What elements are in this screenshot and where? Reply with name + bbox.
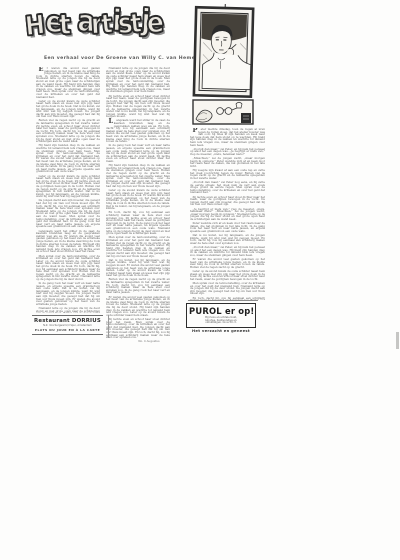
article-title: Het artistje (26, 5, 163, 41)
purol-ad-slogan: Het verzacht en geneest (186, 329, 256, 333)
article-column-2: Niemand lette op de jongen die bij de de… (106, 67, 170, 340)
paragraph: Er waren die avond veel gasten gekomen o… (190, 258, 265, 268)
paragraph: Later op de avond kwam de oude schilder … (36, 175, 100, 198)
paragraph: Hij hield zijn handen diep in de zakken … (106, 164, 170, 187)
drop-cap: P (190, 128, 197, 133)
paragraph: In de gang rook het naar verf en naar na… (36, 282, 100, 305)
paragraph: „Vooruit dan maar,” zei Peter, en hij na… (190, 246, 265, 256)
purol-ad-body: Bij ruwe en schrale huid,kloofjes, huidw… (189, 317, 253, 326)
paragraph: Peter wendde zich af en keek door het ra… (190, 222, 265, 232)
paragraph: Peter merkte dinsdag, toen de regen al u… (190, 128, 265, 146)
paragraph: „Je begrijpt er niets van,” riep de mees… (190, 208, 265, 221)
dorrius-ad-tagline: PLATS DU JOUR EN À LA CARTE (32, 328, 103, 332)
column3-separator-rule (188, 300, 258, 301)
paragraph: Zij lachte even en schoof haar stoel dic… (190, 196, 265, 206)
portrait-drawing (190, 3, 258, 126)
dorrius-restaurant-ad: Restaurant DORRIUS N.Z. Voorburgwal b/d … (32, 315, 103, 335)
purol-ad-box: PUROL er op! Bij ruwe en schrale huid,kl… (186, 303, 256, 328)
paragraph: Dat is nu kunst, zei hij langzaam, en de… (190, 234, 265, 244)
paragraph: Zij lachte even en schoof haar stoel dic… (106, 318, 170, 339)
newspaper-page: Het artistje Een verhaal voor De Groene … (0, 0, 400, 560)
paragraph: Later op de avond kwam de oude schilder … (106, 189, 170, 210)
paragraph: Later op de avond kwam de oude schilder … (36, 100, 100, 118)
paragraph: „Vooruit dan maar,” zei Peter, en hij na… (190, 148, 265, 156)
purol-ad-headline: PUROL er op! (189, 306, 253, 316)
paragraph: Niemand lette op de jongen die bij de de… (36, 307, 100, 313)
paragraph: Men sprak over de tentoonstelling, over … (106, 236, 170, 257)
paragraph: Buiten viel de regen zacht op de gracht … (106, 278, 170, 294)
scan-edge-artifact (396, 332, 399, 349)
mantel-shelf (193, 100, 253, 124)
paragraph: ontvellingen. Doos 30 ct. (189, 322, 253, 325)
ad-column-divider (108, 315, 109, 338)
paragraph: Men sprak over de tentoonstelling, over … (36, 255, 100, 281)
page-footer-note: No. 4 Augustus (122, 339, 176, 343)
paragraph: Er waren die avond veel gasten gekomen o… (106, 296, 170, 317)
paragraph: Buiten viel de regen zacht op de gracht … (36, 119, 100, 142)
framed-portrait-illustration (190, 3, 258, 126)
paragraph: Zij lachte even en schoof haar stoel dic… (106, 95, 170, 118)
paragraph: Langzaam werd het stiller in de zaal; de… (106, 119, 170, 142)
paragraph: „Misschien,” zei de jongen zacht, „maar … (190, 157, 265, 167)
paragraph: En toch, dacht hij, zou hij eenmaal een … (106, 211, 170, 234)
portrait-frame (194, 3, 253, 96)
paragraph: Later op de avond kwam de oude schilder … (190, 270, 265, 280)
paragraph: Hij hield zijn handen diep in de zakken … (36, 144, 100, 173)
drop-cap: L (106, 119, 113, 124)
paragraph: In de gang rook het naar verf en naar na… (106, 144, 170, 162)
article-column-1: Er waren die avond veel gasten gekomen o… (36, 67, 100, 313)
purol-ad: PUROL er op! Bij ruwe en schrale huid,kl… (186, 303, 256, 333)
paragraph: „Vooruit dan maar,” zei Peter nog eens, … (190, 181, 265, 194)
paragraph: Niemand lette op de jongen die bij de de… (106, 67, 170, 93)
paragraph: Men sprak over de tentoonstelling, over … (190, 282, 265, 295)
dorrius-ad-title: Restaurant DORRIUS (32, 318, 103, 324)
paragraph: Dat is nu kunst, zei hij langzaam, en de… (106, 259, 170, 277)
drop-cap: E (36, 67, 44, 72)
article-subtitle: Een verhaal voor De Groene van Willy C. … (44, 56, 201, 61)
paragraph: Er waren die avond veel gasten gekomen o… (36, 67, 100, 98)
paragraph: Hij veegde zijn kwast af aan een oude la… (190, 169, 265, 179)
paragraph: De jongen dacht aan zijn moeder, die gez… (36, 199, 100, 228)
signature-block (241, 113, 251, 123)
article-column-3: Peter merkte dinsdag, toen de regen al u… (190, 128, 265, 300)
paragraph: Langzaam werd het stiller in de zaal; de… (36, 230, 100, 253)
